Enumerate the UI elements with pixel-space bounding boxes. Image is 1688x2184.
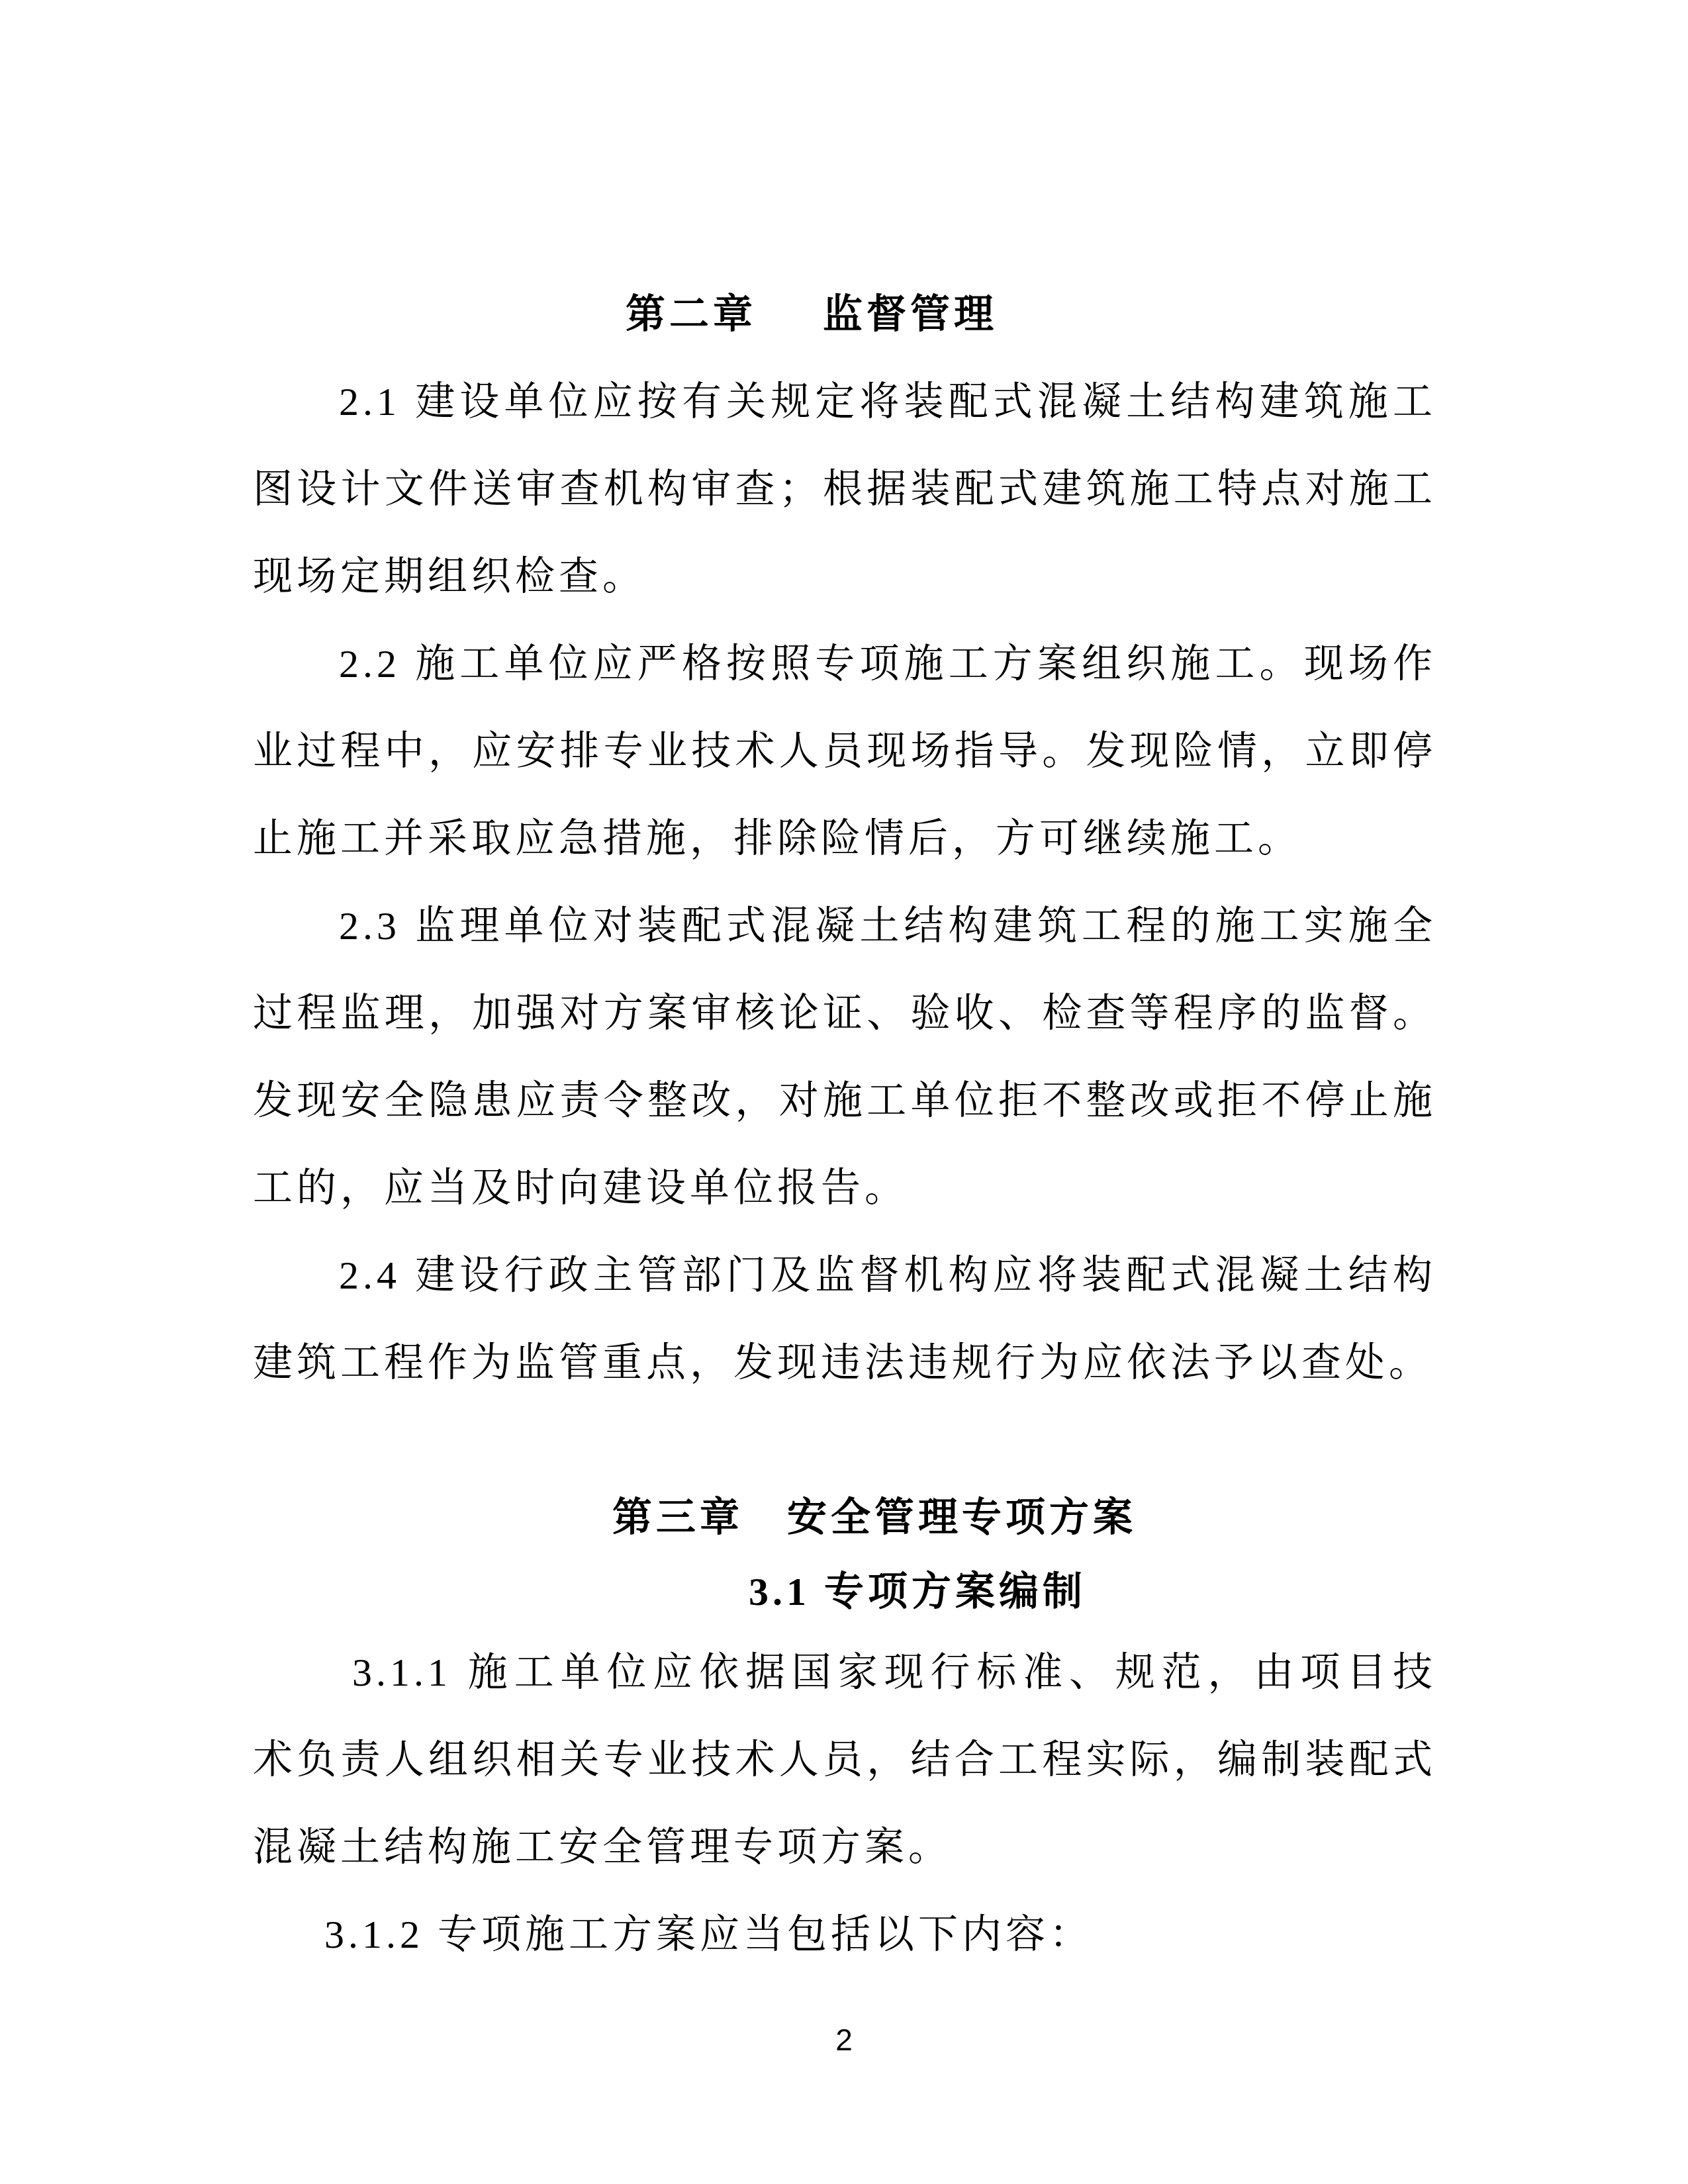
chapter-heading: 第三章安全管理专项方案 [283,1480,1466,1555]
section-heading: 3.1 专项方案编制 [326,1555,1509,1629]
body-line: 图设计文件送审查机构审查；根据装配式建筑施工特点对施工 [253,445,1436,533]
chapter-number: 第二章 [626,293,757,336]
body-line: 发现安全隐患应责令整改，对施工单位拒不整改或拒不停止施 [253,1057,1436,1144]
body-line: 3.1.1 施工单位应依据国家现行标准、规范，由项目技 [253,1629,1436,1716]
body-line: 过程监理，加强对方案审核论证、验收、检查等程序的监督。 [253,970,1436,1057]
body-line: 混凝土结构施工安全管理专项方案。 [253,1803,1436,1891]
body-line: 工的，应当及时向建设单位报告。 [253,1144,1436,1232]
document-text-flow: 第二章监督管理2.1 建设单位应按有关规定将装配式混凝土结构建筑施工图设计文件送… [253,271,1436,1978]
body-line: 现场定期组织检查。 [253,533,1436,620]
body-line: 术负责人组织相关专业技术人员，结合工程实际，编制装配式 [253,1716,1436,1803]
body-line: 3.1.2 专项施工方案应当包括以下内容： [253,1891,1436,1978]
chapter-heading: 第二章监督管理 [220,271,1403,358]
body-line: 止施工并采取应急措施，排除险情后，方可继续施工。 [253,795,1436,882]
body-line: 2.4 建设行政主管部门及监督机构应将装配式混凝土结构 [253,1232,1436,1319]
chapter-number: 第三章 [612,1496,743,1539]
document-page: 第二章监督管理2.1 建设单位应按有关规定将装配式混凝土结构建筑施工图设计文件送… [0,0,1688,2184]
page-number: 2 [0,2020,1688,2060]
blank-line [253,1406,1436,1480]
body-line: 业过程中，应安排专业技术人员现场指导。发现险情，立即停 [253,707,1436,795]
body-line: 2.3 监理单位对装配式混凝土结构建筑工程的施工实施全 [253,882,1436,970]
chapter-title: 安全管理专项方案 [787,1496,1137,1539]
body-line: 2.2 施工单位应严格按照专项施工方案组织施工。现场作 [253,620,1436,707]
body-line: 2.1 建设单位应按有关规定将装配式混凝土结构建筑施工 [253,358,1436,445]
body-line: 建筑工程作为监管重点，发现违法违规行为应依法予以查处。 [253,1319,1436,1406]
chapter-title: 监督管理 [823,293,998,336]
